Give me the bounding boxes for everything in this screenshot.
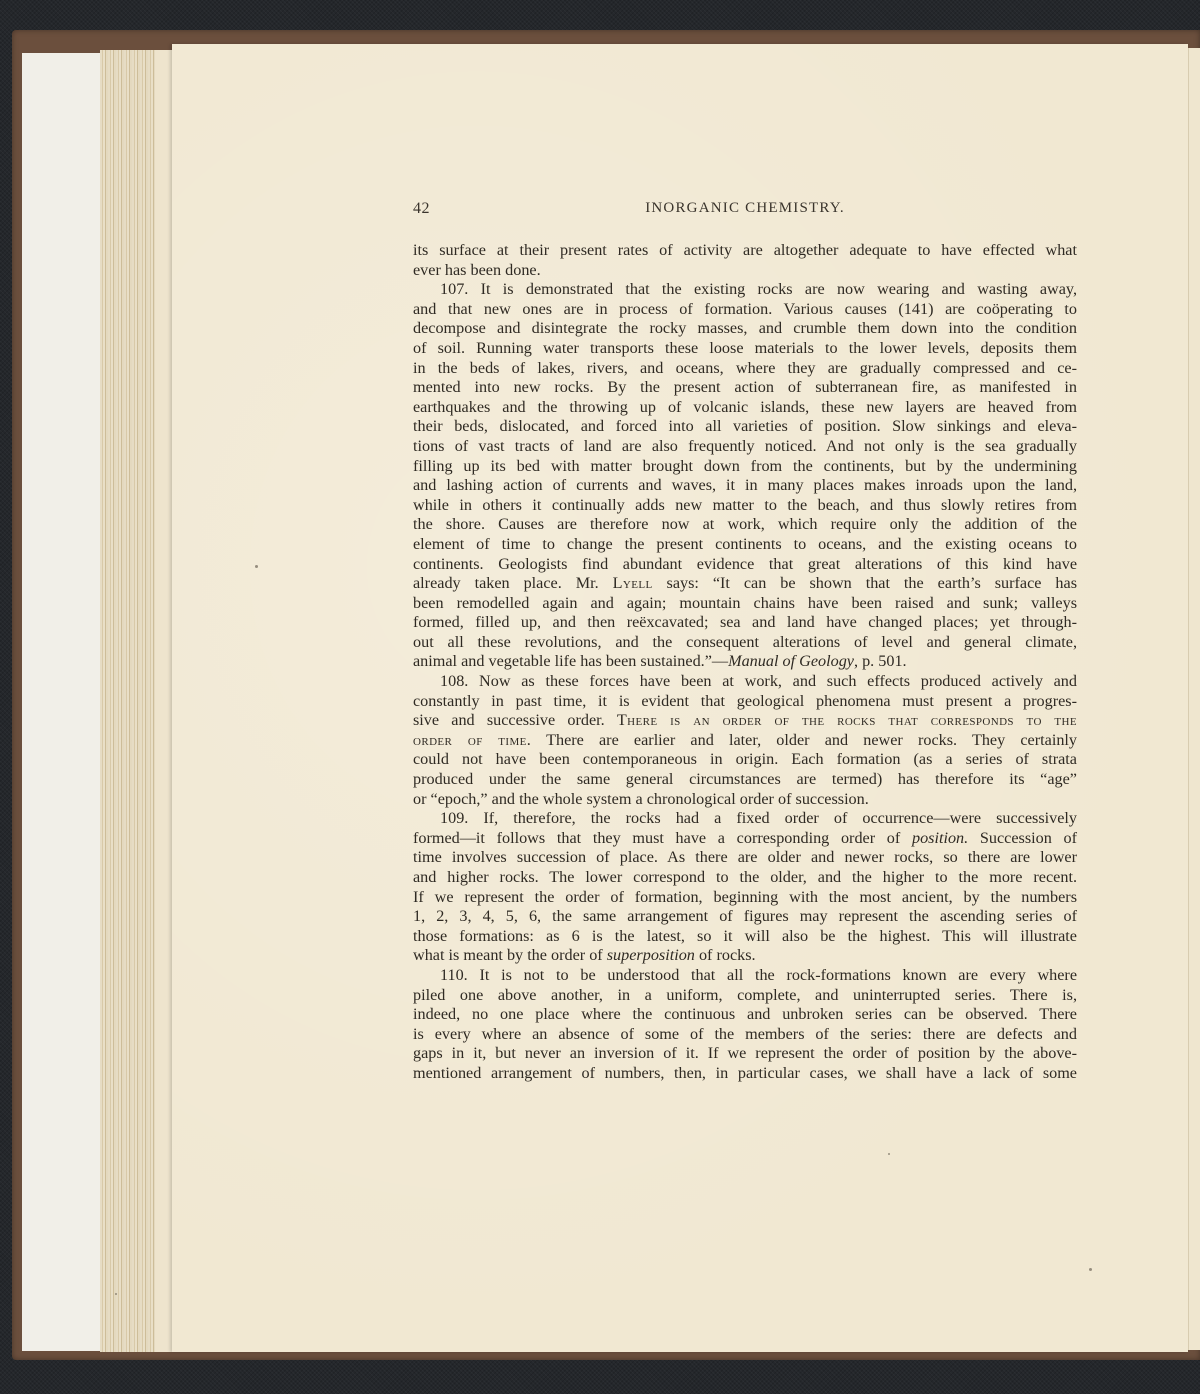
text-line: produced under the same general circumst… [413,770,1077,790]
text-run: says: “It can be shown that the earth’s … [653,574,1077,592]
text-line: 1, 2, 3, 4, 5, 6, the same arrangement o… [413,907,1077,927]
text-line: in the beds of lakes, rivers, and oceans… [413,359,1077,379]
paragraph-109: 109. If, therefore, the rocks had a fixe… [413,809,1077,966]
text-line: time involves succession of place. As th… [413,848,1077,868]
text-line: 108. Now as these forces have been at wo… [413,672,1077,692]
text-run: formed—it follows that they must have a … [413,829,912,847]
paper-speck [1089,1268,1092,1271]
paragraph-110: 110. It is not to be understood that all… [413,966,1077,1084]
text-line: animal and vegetable life has been susta… [413,652,1077,672]
text-line: constantly in past time, it is evident t… [413,692,1077,712]
text-line: and higher rocks. The lower correspond t… [413,868,1077,888]
text-run: Succession of [968,829,1077,847]
text-line: and that new ones are in process of form… [413,300,1077,320]
author-name: Lyell [613,574,653,592]
text-line: or “epoch,” and the whole system a chron… [413,790,1077,810]
text-line: 107. It is demonstrated that the existin… [413,280,1077,300]
text-line: while in others it continually adds new … [413,496,1077,516]
emphasis-smallcaps: There is an order of the rocks that corr… [617,711,1077,729]
text-line: earthquakes and the throwing up of volca… [413,398,1077,418]
text-run: what is meant by the order of [413,946,607,964]
text-line: of soil. Running water transports these … [413,339,1077,359]
paragraph-continuation: its surface at their present rates of ac… [413,241,1077,280]
text-line: formed, filled up, and then reëxcavated;… [413,613,1077,633]
text-line: If we represent the order of formation, … [413,888,1077,908]
paper-speck [888,1153,890,1155]
text-line: ever has been done. [413,261,1077,281]
running-head: 42 INORGANIC CHEMISTRY. [413,200,1077,222]
text-run: of rocks. [695,946,756,964]
emphasis-smallcaps: order of time. [413,731,531,749]
text-run: , p. 501. [854,652,907,670]
text-line: tions of vast tracts of land are also fr… [413,437,1077,457]
text-line: 109. If, therefore, the rocks had a fixe… [413,809,1077,829]
paper-speck [255,565,258,568]
page-stack-edges [100,50,175,1352]
text-line: order of time. There are earlier and lat… [413,731,1077,751]
text-line: element of time to change the present co… [413,535,1077,555]
text-line: filling up its bed with matter brought d… [413,457,1077,477]
paper-speck [115,1293,117,1295]
next-page-edge [1188,48,1200,1350]
text-line: been remodelled again and again; mountai… [413,594,1077,614]
text-line: could not have been contemporaneous in o… [413,750,1077,770]
emphasis-italic: superposition [607,946,695,964]
text-line: formed—it follows that they must have a … [413,829,1077,849]
paragraph-107: 107. It is demonstrated that the existin… [413,280,1077,672]
text-run: already taken place. Mr. [413,574,613,592]
body-text: its surface at their present rates of ac… [413,241,1077,1084]
text-line: out all these revolutions, and the conse… [413,633,1077,653]
text-line: 110. It is not to be understood that all… [413,966,1077,986]
citation-title: Manual of Geology [728,652,854,670]
text-line: their beds, dislocated, and forced into … [413,417,1077,437]
text-line: its surface at their present rates of ac… [413,241,1077,261]
text-run: There are earlier and later, older and n… [531,731,1077,749]
text-line: is every where an absence of some of the… [413,1025,1077,1045]
text-line: mented into new rocks. By the present ac… [413,378,1077,398]
text-line: decompose and disintegrate the rocky mas… [413,319,1077,339]
text-line: continents. Geologists find abundant evi… [413,555,1077,575]
text-line: piled one above another, in a uniform, c… [413,986,1077,1006]
text-line: sive and successive order. There is an o… [413,711,1077,731]
text-line: those formations: as 6 is the latest, so… [413,927,1077,947]
paragraph-108: 108. Now as these forces have been at wo… [413,672,1077,809]
emphasis-italic: position. [912,829,968,847]
text-line: and lashing action of currents and waves… [413,476,1077,496]
running-title: INORGANIC CHEMISTRY. [413,200,1077,217]
text-line: already taken place. Mr. Lyell says: “It… [413,574,1077,594]
text-run: sive and successive order. [413,711,617,729]
flyleaf [22,53,100,1351]
text-line: mentioned arrangement of numbers, then, … [413,1064,1077,1084]
text-line: the shore. Causes are therefore now at w… [413,515,1077,535]
text-line: indeed, no one place where the continuou… [413,1005,1077,1025]
text-line: gaps in it, but never an inversion of it… [413,1044,1077,1064]
text-run: animal and vegetable life has been susta… [413,652,728,670]
text-line: what is meant by the order of superposit… [413,946,1077,966]
